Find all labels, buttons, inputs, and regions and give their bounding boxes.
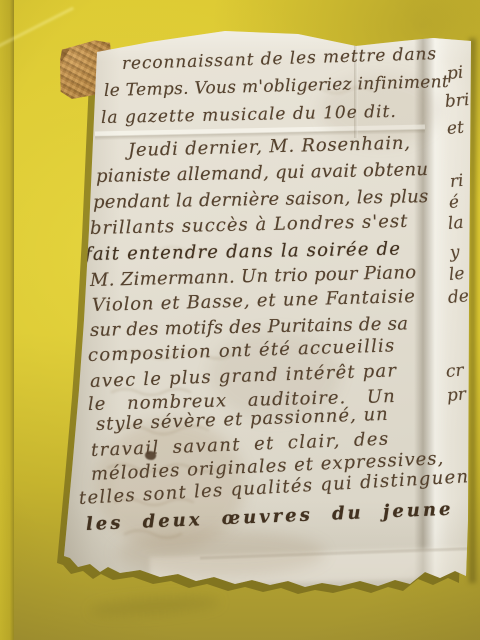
fragment-text: bri (444, 90, 470, 112)
fragment-text: ri (449, 171, 464, 192)
fragment-text: y (449, 242, 460, 263)
fragment-text: la (447, 213, 464, 234)
fragment-text: et (446, 118, 465, 139)
fragment-text: é (448, 192, 460, 213)
fragment-text: le (448, 264, 465, 285)
fragment-text: cr (445, 360, 464, 381)
fragment-text: pi (446, 63, 464, 84)
fragment-text: pr (446, 384, 467, 406)
fragment-text: de (447, 286, 470, 308)
photo-scene: reconnaissant de les mettre dans le Temp… (0, 0, 480, 640)
background-fold-strip (0, 0, 14, 640)
